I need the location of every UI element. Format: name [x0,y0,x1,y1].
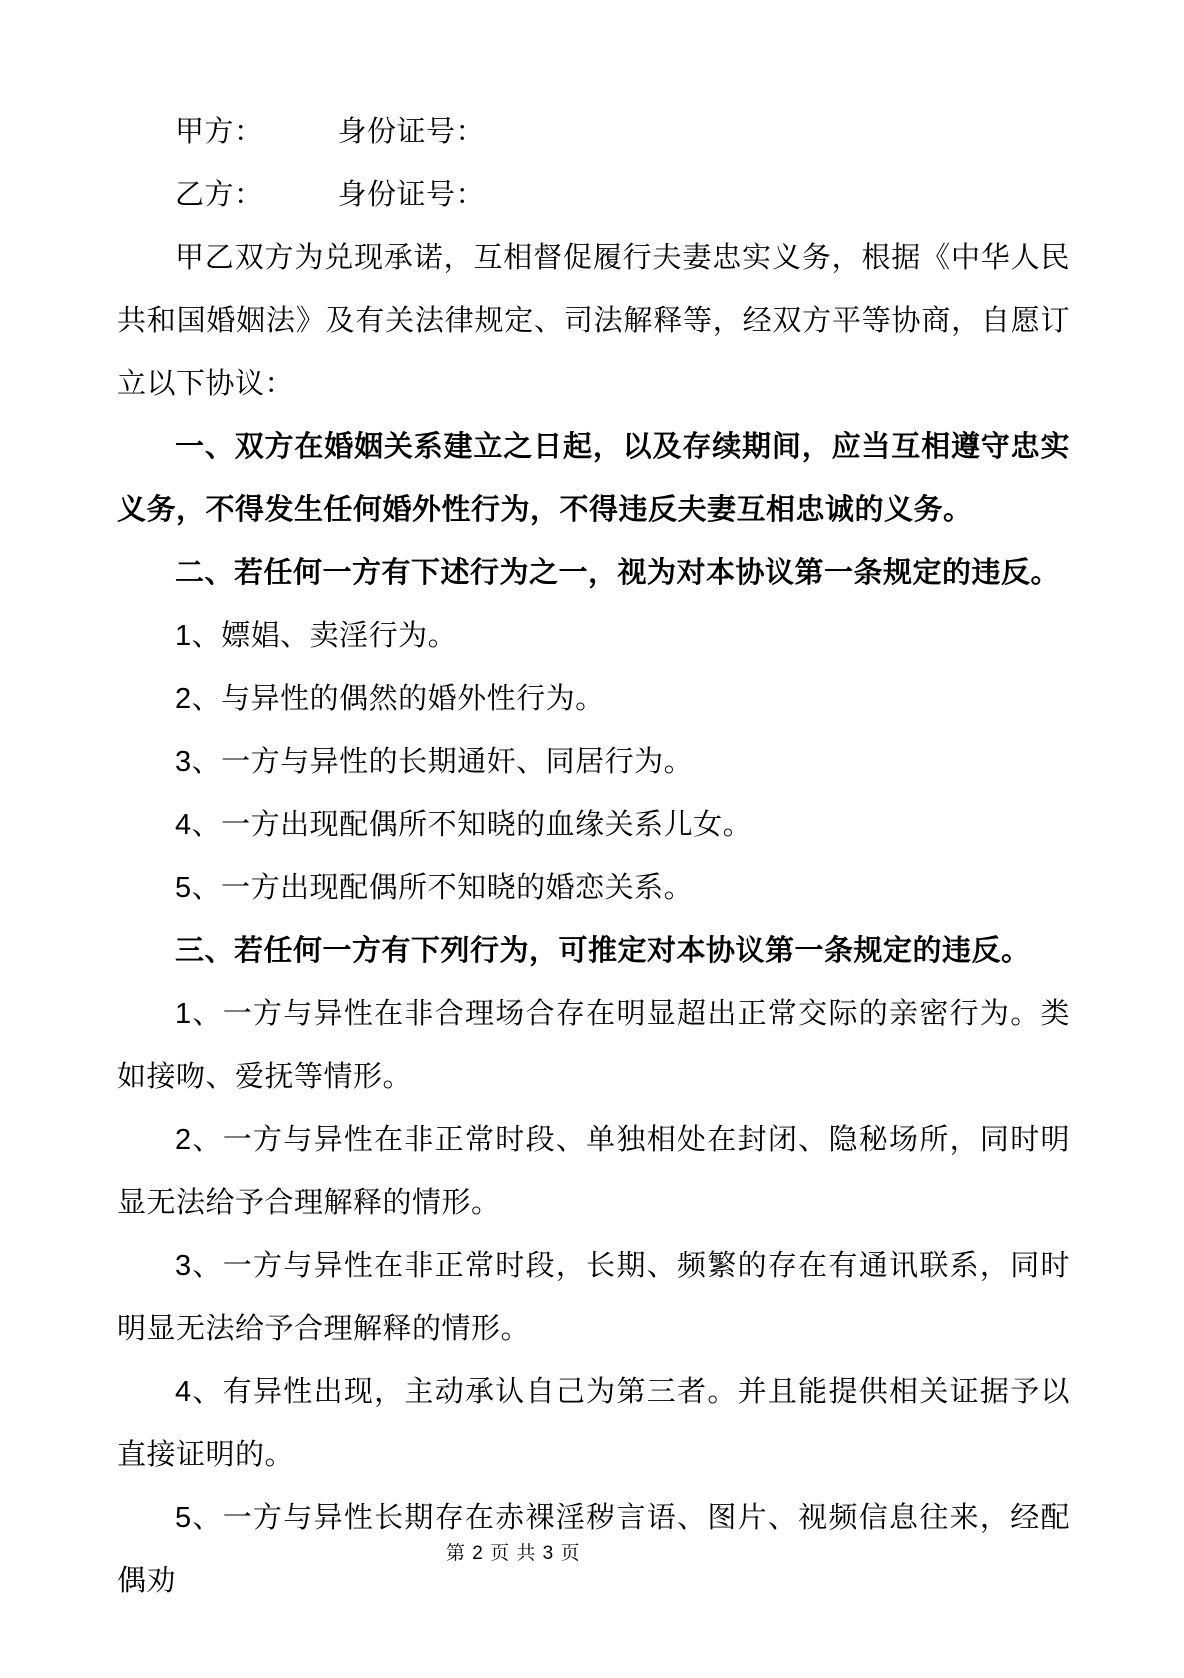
clause-3-heading: 三、若任何一方有下列行为，可推定对本协议第一条规定的违反。 [117,920,1070,983]
clause-2-item-5: 5、一方出现配偶所不知晓的婚恋关系。 [117,857,1070,920]
document-page: 甲方： 身份证号： 乙方： 身份证号： 甲乙双方为兑现承诺，互相督促履行夫妻忠实… [0,0,1184,1678]
clause-3-item-1: 1、一方与异性在非合理场合存在明显超出正常交际的亲密行为。类如接吻、爱抚等情形。 [117,983,1070,1109]
clause-2-item-2: 2、与异性的偶然的婚外性行为。 [117,668,1070,731]
clause-2-item-4: 4、一方出现配偶所不知晓的血缘关系儿女。 [117,794,1070,857]
clause-3-item-3: 3、一方与异性在非正常时段，长期、频繁的存在有通讯联系，同时明显无法给予合理解释… [117,1235,1070,1361]
page-number-footer: 第 2 页 共 3 页 [446,1541,581,1567]
party-line-a: 甲方： 身份证号： [117,101,1070,164]
clause-2-item-1: 1、嫖娼、卖淫行为。 [117,605,1070,668]
party-line-b: 乙方： 身份证号： [117,164,1070,227]
clause-2-item-3: 3、一方与异性的长期通奸、同居行为。 [117,731,1070,794]
clause-3-item-4: 4、有异性出现，主动承认自己为第三者。并且能提供相关证据予以直接证明的。 [117,1361,1070,1487]
clause-2-heading: 二、若任何一方有下述行为之一，视为对本协议第一条规定的违反。 [117,542,1070,605]
clause-1-heading: 一、双方在婚姻关系建立之日起，以及存续期间，应当互相遵守忠实义务，不得发生任何婚… [117,416,1070,542]
document-body: 甲方： 身份证号： 乙方： 身份证号： 甲乙双方为兑现承诺，互相督促履行夫妻忠实… [117,101,1070,1613]
clause-3-item-2: 2、一方与异性在非正常时段、单独相处在封闭、隐秘场所，同时明显无法给予合理解释的… [117,1109,1070,1235]
clause-3-item-5: 5、一方与异性长期存在赤裸淫秽言语、图片、视频信息往来，经配偶劝 [117,1487,1070,1613]
intro-paragraph: 甲乙双方为兑现承诺，互相督促履行夫妻忠实义务，根据《中华人民共和国婚姻法》及有关… [117,227,1070,416]
